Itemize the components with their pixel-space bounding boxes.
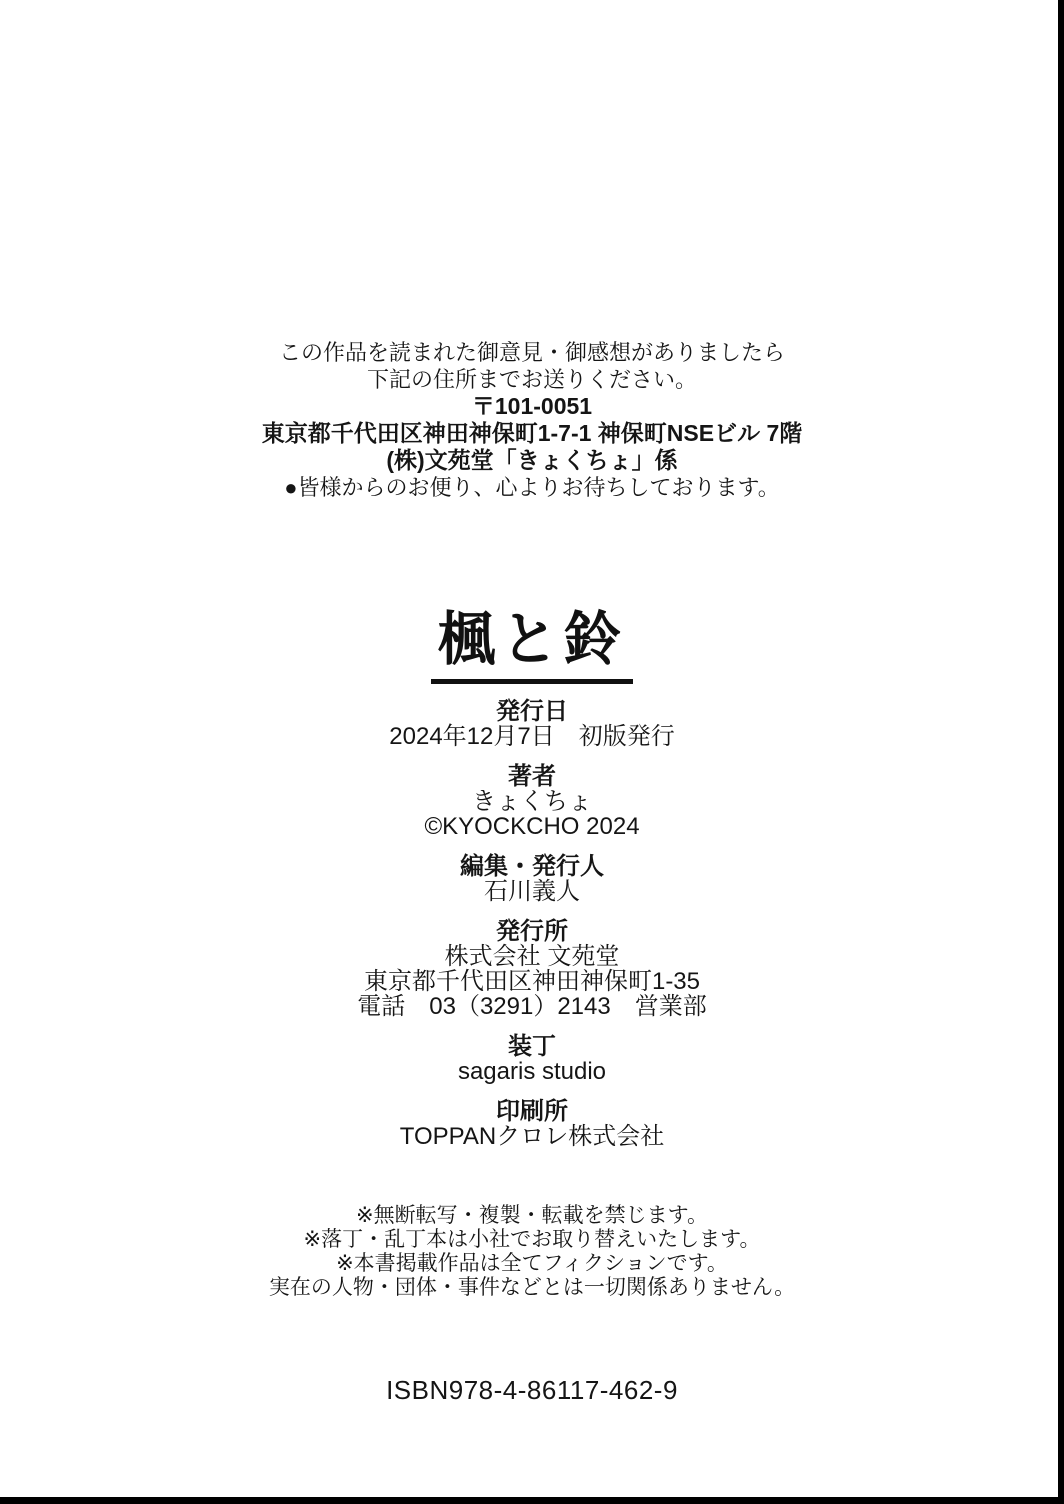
notice-line: 実在の人物・団体・事件などとは一切関係ありません。 <box>0 1276 1064 1300</box>
publish-date-value: 2024年12月7日 初版発行 <box>0 724 1064 749</box>
contact-intro-line: この作品を読まれた御意見・御感想がありましたら <box>0 339 1064 366</box>
section-label: 発行所 <box>0 919 1064 944</box>
contact-intro-line: 下記の住所までお送りください。 <box>0 366 1064 393</box>
section-publish-date: 発行日 2024年12月7日 初版発行 <box>0 699 1064 749</box>
printer-name: TOPPANクロレ株式会社 <box>0 1124 1064 1149</box>
colophon-page: この作品を読まれた御意見・御感想がありましたら 下記の住所までお送りください。 … <box>0 0 1064 1504</box>
publisher-address: 東京都千代田区神田神保町1-7-1 神保町NSEビル 7階 <box>0 420 1064 447</box>
design-studio-name: sagaris studio <box>0 1059 1064 1084</box>
section-printer: 印刷所 TOPPANクロレ株式会社 <box>0 1099 1064 1149</box>
scan-edge-right <box>1058 0 1064 1504</box>
section-label: 発行日 <box>0 699 1064 724</box>
section-label: 印刷所 <box>0 1099 1064 1124</box>
legal-notices-block: ※無断転写・複製・転載を禁じます。 ※落丁・乱丁本は小社でお取り替えいたします。… <box>0 1204 1064 1300</box>
contact-note: ●皆様からのお便り、心よりお待ちしております。 <box>0 474 1064 501</box>
isbn: ISBN978-4-86117-462-9 <box>0 1376 1064 1404</box>
postal-code: 〒101-0051 <box>0 393 1064 420</box>
section-editor-publisher: 編集・発行人 石川義人 <box>0 854 1064 904</box>
book-title: 楓と鈴 <box>0 609 1064 671</box>
section-label: 著者 <box>0 764 1064 789</box>
section-label: 編集・発行人 <box>0 854 1064 879</box>
author-name: きょくちょ <box>0 789 1064 814</box>
publishing-house-address: 東京都千代田区神田神保町1-35 <box>0 969 1064 994</box>
contact-department: (株)文苑堂「きょくちょ」係 <box>0 447 1064 474</box>
notice-line: ※本書掲載作品は全てフィクションです。 <box>0 1252 1064 1276</box>
notice-line: ※無断転写・複製・転載を禁じます。 <box>0 1204 1064 1228</box>
editor-publisher-name: 石川義人 <box>0 879 1064 904</box>
section-author: 著者 きょくちょ ©KYOCKCHO 2024 <box>0 764 1064 839</box>
title-underline <box>431 679 633 684</box>
notice-line: ※落丁・乱丁本は小社でお取り替えいたします。 <box>0 1228 1064 1252</box>
reader-contact-block: この作品を読まれた御意見・御感想がありましたら 下記の住所までお送りください。 … <box>0 339 1064 501</box>
publishing-house-phone: 電話 03（3291）2143 営業部 <box>0 994 1064 1019</box>
section-label: 装丁 <box>0 1034 1064 1059</box>
copyright-line: ©KYOCKCHO 2024 <box>0 814 1064 839</box>
section-design: 装丁 sagaris studio <box>0 1034 1064 1084</box>
section-publishing-house: 発行所 株式会社 文苑堂 東京都千代田区神田神保町1-35 電話 03（3291… <box>0 919 1064 1019</box>
publishing-house-name: 株式会社 文苑堂 <box>0 944 1064 969</box>
scan-edge-bottom <box>0 1497 1064 1504</box>
